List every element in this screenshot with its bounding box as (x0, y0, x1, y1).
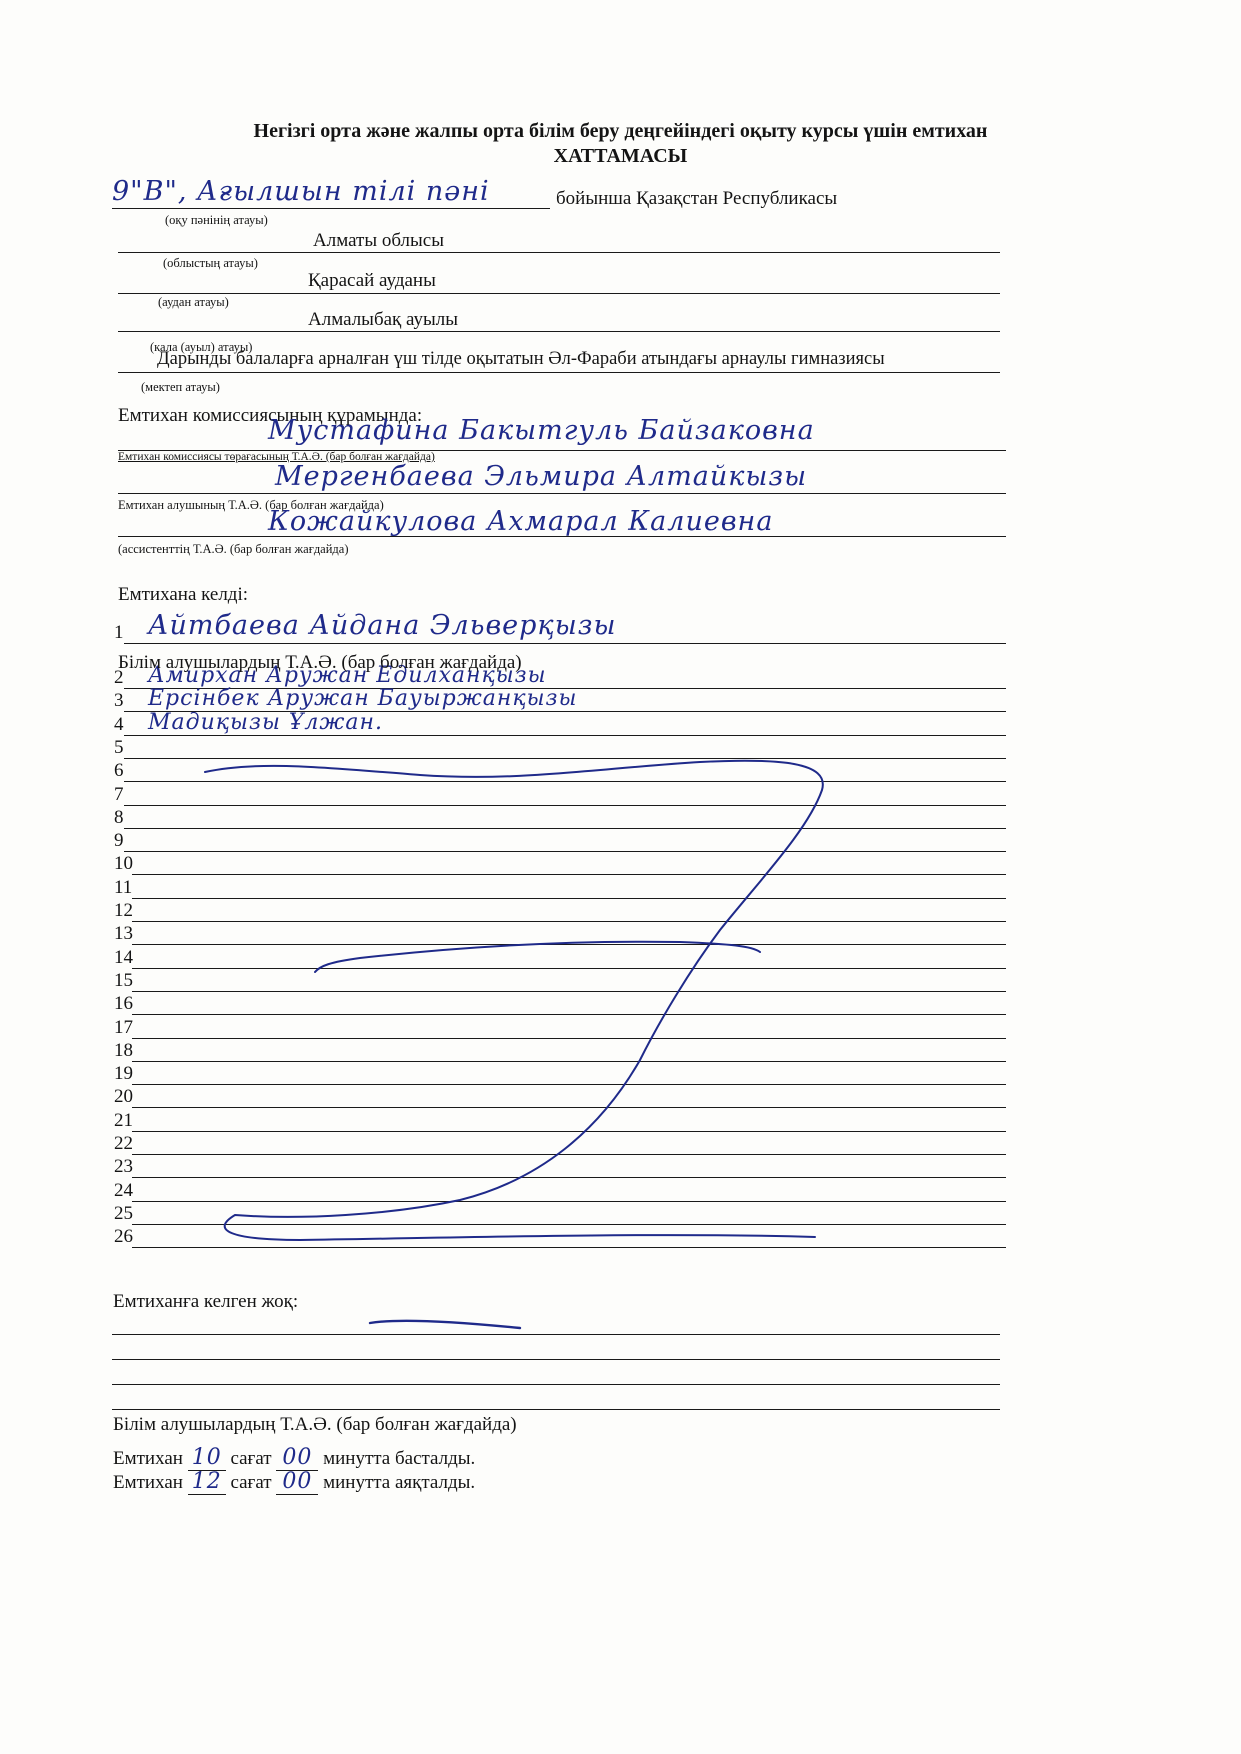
start-suffix: минутта басталды. (323, 1448, 475, 1469)
end-mid: сағат (230, 1472, 271, 1493)
end-minute[interactable]: 00 (276, 1469, 318, 1495)
end-time-line: Емтихан 12 сағат 00 минутта аяқталды. (113, 1469, 475, 1495)
absent-rule-2[interactable] (112, 1359, 1000, 1360)
end-prefix: Емтихан (113, 1472, 183, 1493)
start-time-line: Емтихан 10 сағат 00 минутта басталды. (113, 1445, 475, 1471)
absent-rule-1[interactable] (112, 1334, 1000, 1335)
absent-caption: Білім алушылардың Т.А.Ә. (бар болған жағ… (113, 1414, 517, 1436)
start-prefix: Емтихан (113, 1448, 183, 1469)
start-hour[interactable]: 10 (188, 1445, 226, 1471)
absent-heading: Емтиханға келген жоқ: (113, 1291, 298, 1313)
end-suffix: минутта аяқталды. (323, 1472, 475, 1493)
absent-rule-4[interactable] (112, 1409, 1000, 1410)
start-minute[interactable]: 00 (276, 1445, 318, 1471)
end-hour[interactable]: 12 (188, 1469, 226, 1495)
start-mid: сағат (230, 1448, 271, 1469)
absent-rule-3[interactable] (112, 1384, 1000, 1385)
exam-protocol-page: Негізгі орта және жалпы орта білім беру … (0, 0, 1241, 1754)
